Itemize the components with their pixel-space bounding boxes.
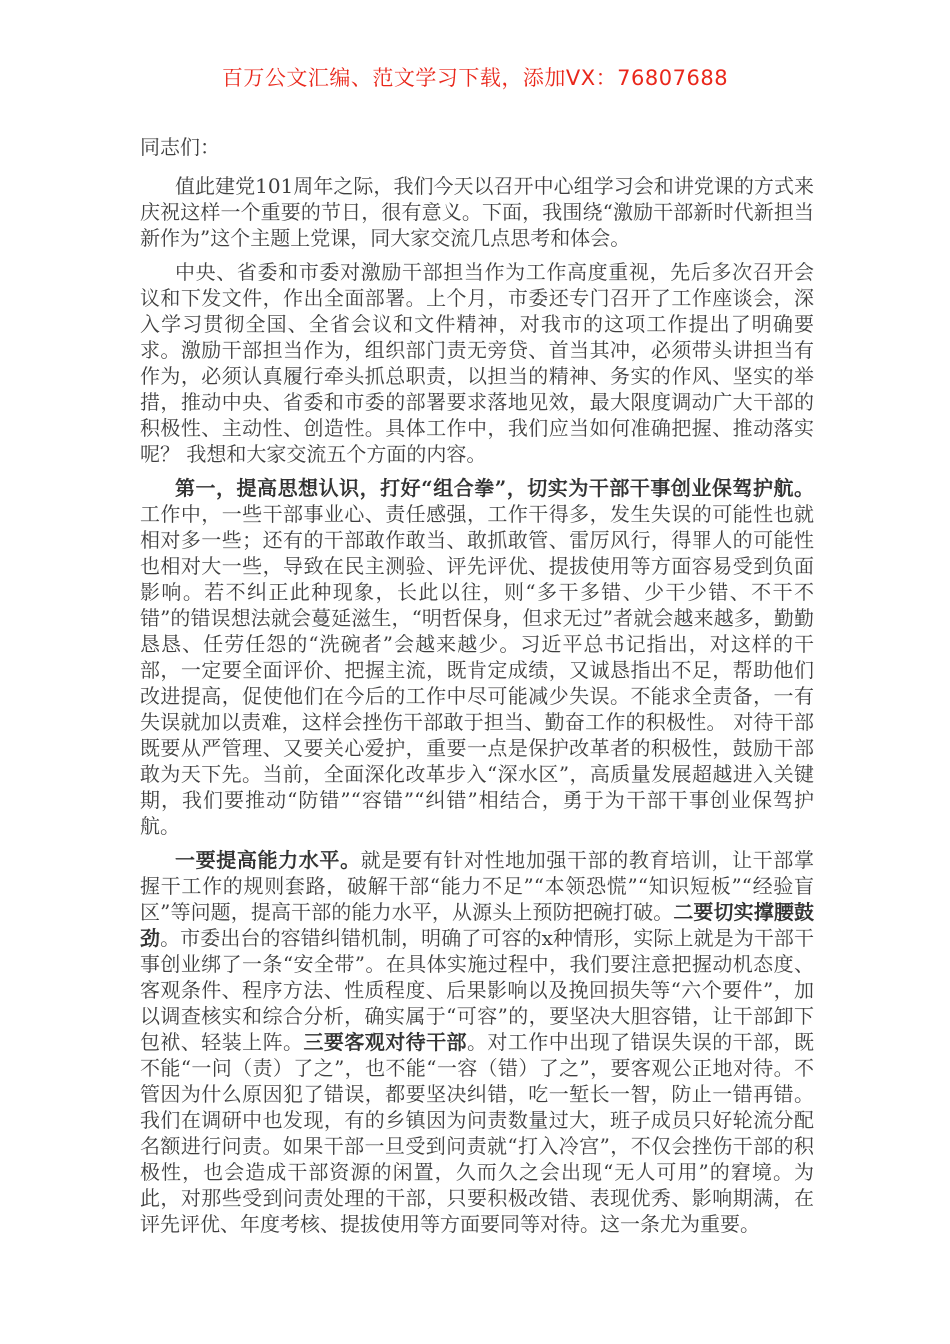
- paragraph-background: 中央、省委和市委对激励干部担当作为工作高度重视，先后多次召开会议和下发文件，作出…: [140, 259, 814, 467]
- text-run: 。对工作中出现了错误失误的干部，既不能“一问（责）了之”，也不能“一容（错）了之…: [140, 1030, 814, 1236]
- salutation: 同志们：: [140, 134, 814, 160]
- text-run: 值此建党101周年之际，我们今天以召开中心组学习会和讲党课的方式来庆祝这样一个重…: [140, 174, 814, 250]
- document-body: 同志们： 值此建党101周年之际，我们今天以召开中心组学习会和讲党课的方式来庆祝…: [140, 134, 814, 1237]
- paragraph-three-measures: 一要提高能力水平。就是要有针对性地加强干部的教育培训，让干部掌握干工作的规则套路…: [140, 847, 814, 1237]
- text-run: 中央、省委和市委对激励干部担当作为工作高度重视，先后多次召开会议和下发文件，作出…: [140, 260, 814, 466]
- paragraph-point-one: 第一，提高思想认识，打好“组合拳”，切实为干部干事创业保驾护航。工作中，一些干部…: [140, 475, 814, 839]
- bold-heading-run: 三要客观对待干部: [304, 1030, 468, 1054]
- paragraph-intro: 值此建党101周年之际，我们今天以召开中心组学习会和讲党课的方式来庆祝这样一个重…: [140, 173, 814, 251]
- text-run: 同志们：: [140, 135, 220, 159]
- document-page: 百万公文汇编、范文学习下载，添加VX：76807688 同志们： 值此建党101…: [0, 0, 950, 1237]
- promo-header-text: 百万公文汇编、范文学习下载，添加VX：76807688: [0, 0, 950, 92]
- bold-heading-run: 一要提高能力水平。: [175, 848, 361, 872]
- text-run: 工作中，一些干部事业心、责任感强，工作干得多，发生失误的可能性也就相对多一些；还…: [140, 502, 814, 838]
- bold-heading-run: 第一，提高思想认识，打好“组合拳”，切实为干部干事创业保驾护航。: [175, 476, 814, 500]
